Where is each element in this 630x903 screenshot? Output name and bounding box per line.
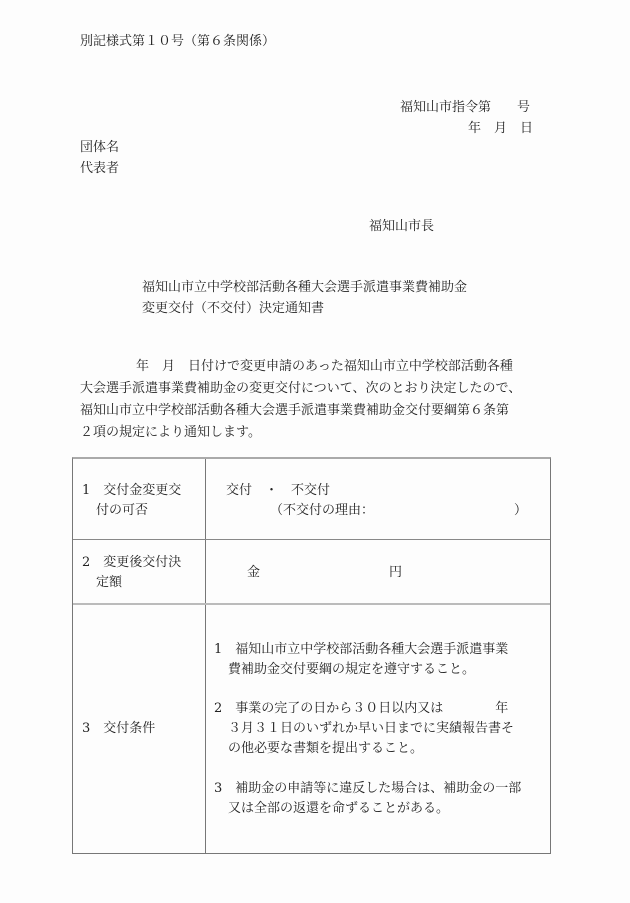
condition-2-cont: ３月３１日のいずれか早い日までに実績報告書そ xyxy=(228,719,514,739)
representative-label: 代表者 xyxy=(80,160,119,178)
row-label: 付の可否 xyxy=(96,501,148,521)
condition-1: 1 福知山市立中学校部活動各種大会選手派遣事業 xyxy=(214,640,508,660)
body-line-1: 年 月 日付けで変更申請のあった福知山市立中学校部活動各種 xyxy=(136,356,513,378)
column-divider xyxy=(205,459,206,853)
grant-decision-options: 交付 ・ 不交付 xyxy=(226,481,330,501)
condition-3: 3 補助金の申請等に違反した場合は、補助金の一部 xyxy=(214,779,521,799)
non-grant-reason-close: ） xyxy=(514,501,527,521)
non-grant-reason-label: （不交付の理由： xyxy=(270,501,374,521)
row-label: 2 変更後交付決 xyxy=(82,553,181,573)
condition-2-cont: の他必要な書類を提出すること。 xyxy=(228,739,423,759)
row-divider xyxy=(73,539,550,540)
condition-2: 2 事業の完了の日から３０日以内又は 年 xyxy=(214,699,508,719)
title-line-2: 変更交付（不交付）決定通知書 xyxy=(142,300,324,318)
organization-label: 団体名 xyxy=(80,139,119,157)
row-label: 定額 xyxy=(96,573,122,593)
issuer: 福知山市長 xyxy=(369,218,434,236)
body-line-3: 福知山市立中学校部活動各種大会選手派遣事業費補助金交付要綱第６条第 xyxy=(80,400,509,422)
body-line-4: ２項の規定により通知します。 xyxy=(80,422,261,444)
condition-3-cont: 又は全部の返還を命ずることがある。 xyxy=(228,799,449,819)
condition-1-cont: 費補助金交付要綱の規定を遵守すること。 xyxy=(228,660,475,680)
row-divider xyxy=(73,603,550,605)
decision-table: 1 交付金変更交 付の可否 交付 ・ 不交付 （不交付の理由： ） 2 変更後交… xyxy=(72,457,551,854)
form-label: 別記様式第１０号（第６条関係） xyxy=(80,33,275,51)
amount-prefix: 金 xyxy=(247,563,260,583)
row-label: 1 交付金変更交 xyxy=(82,481,181,501)
title-line-1: 福知山市立中学校部活動各種大会選手派遣事業費補助金 xyxy=(142,279,467,297)
amount-suffix: 円 xyxy=(389,563,402,583)
date-line: 年 月 日 xyxy=(468,120,533,138)
body-line-2: 大会選手派遣事業費補助金の変更交付について、次のとおり決定したので、 xyxy=(80,378,521,400)
directive-number: 福知山市指令第 号 xyxy=(400,99,530,117)
row-label: 3 交付条件 xyxy=(82,719,155,739)
